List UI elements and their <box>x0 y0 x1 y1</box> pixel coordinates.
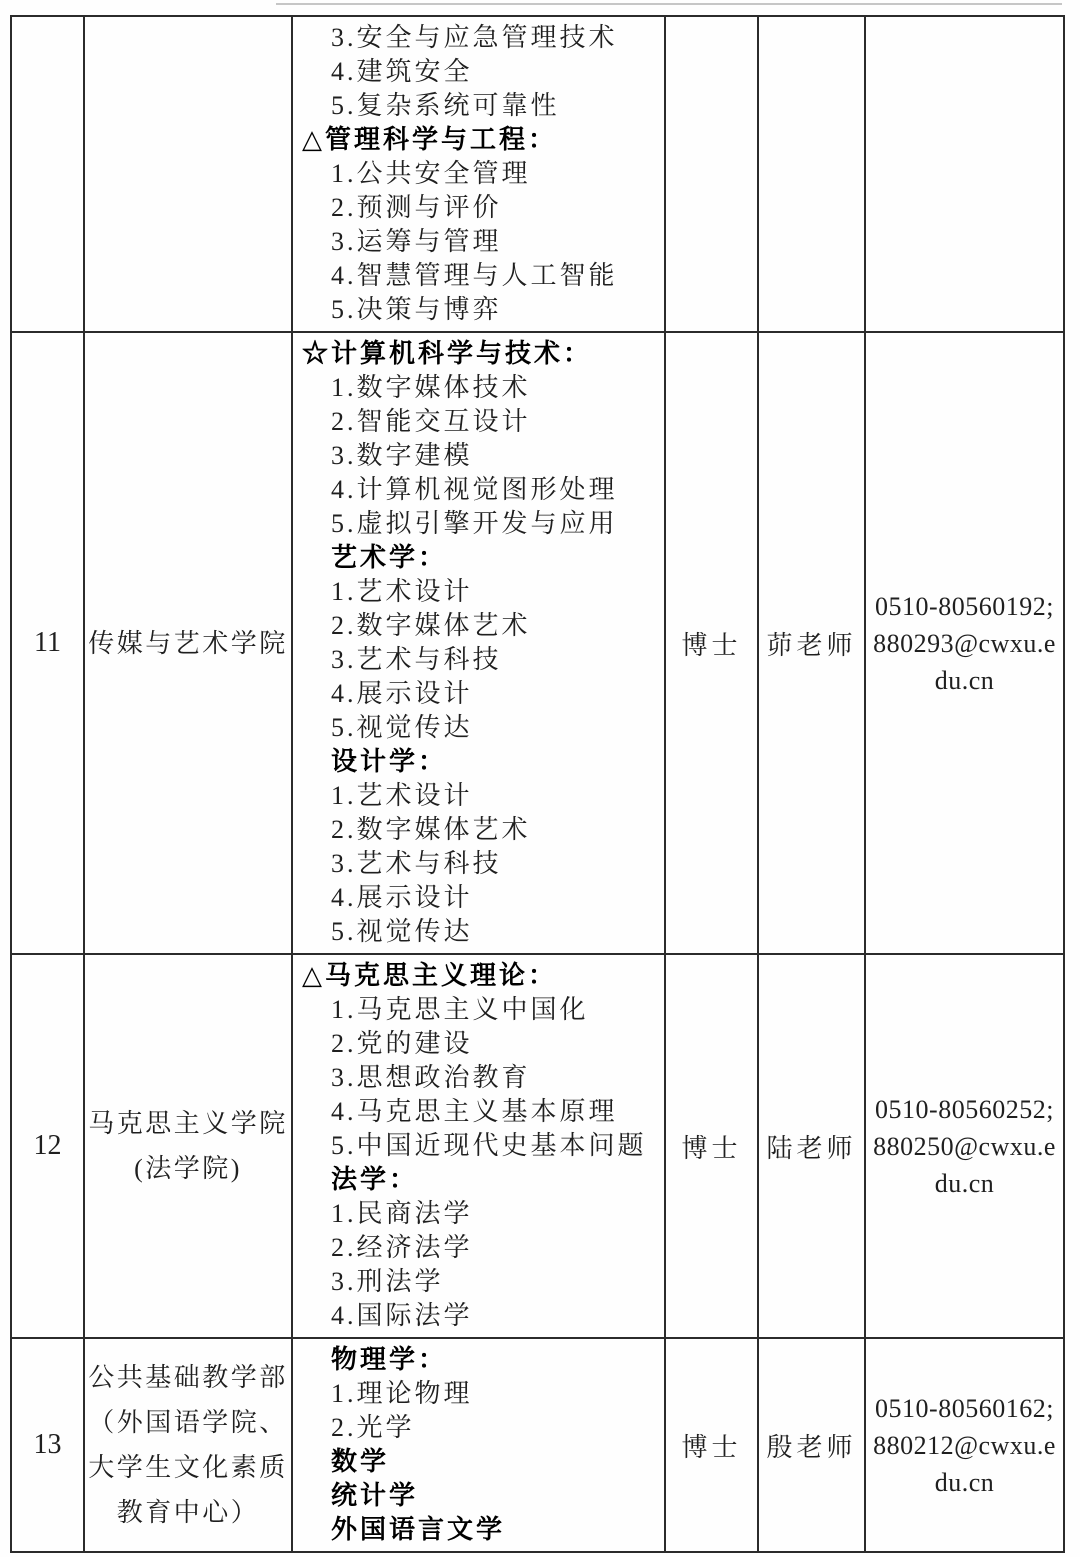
contact-phone: 0510-80560162; <box>870 1390 1059 1427</box>
major-line: 5.决策与博弈 <box>331 293 658 327</box>
college-name-line: 马克思主义学院 <box>88 1101 288 1146</box>
contact-phone: 0510-80560192; <box>870 588 1059 625</box>
major-line: 5.复杂系统可靠性 <box>331 89 658 123</box>
major-line: 3.运筹与管理 <box>331 225 658 259</box>
row-number-cell: 11 <box>11 332 84 954</box>
major-line: 1.理论物理 <box>331 1377 658 1411</box>
row-number-cell: 13 <box>11 1338 84 1552</box>
college-name-line: (法学院) <box>88 1146 288 1191</box>
discipline-header-line: 外国语言文学 <box>331 1513 658 1547</box>
major-line: 1.民商法学 <box>331 1197 658 1231</box>
major-line: 4.展示设计 <box>331 677 658 711</box>
major-line: 4.展示设计 <box>331 881 658 915</box>
major-line: 4.智慧管理与人工智能 <box>331 259 658 293</box>
contact-cell: 0510-80560252;880250@cwxu.edu.cn <box>865 954 1064 1338</box>
major-line: 2.经济法学 <box>331 1231 658 1265</box>
discipline-header-line: ☆计算机科学与技术： <box>331 337 658 371</box>
row-number-cell: 12 <box>11 954 84 1338</box>
teacher-cell: 陆老师 <box>758 954 865 1338</box>
major-line: 1.艺术设计 <box>331 575 658 609</box>
major-line: 4.马克思主义基本原理 <box>331 1095 658 1129</box>
table-row: 3.安全与应急管理技术4.建筑安全5.复杂系统可靠性△管理科学与工程：1.公共安… <box>11 16 1064 332</box>
major-line: 2.党的建设 <box>331 1027 658 1061</box>
discipline-header-line: 法学： <box>331 1163 658 1197</box>
contact-email: 880293@cwxu.edu.cn <box>870 625 1059 699</box>
major-line: 2.智能交互设计 <box>331 405 658 439</box>
contact-cell: 0510-80560192;880293@cwxu.edu.cn <box>865 332 1064 954</box>
major-line: 1.艺术设计 <box>331 779 658 813</box>
teacher-cell: 殷老师 <box>758 1338 865 1552</box>
cropped-row-border-artifact <box>276 3 1062 5</box>
major-line: 3.数字建模 <box>331 439 658 473</box>
majors-cell: △马克思主义理论：1.马克思主义中国化2.党的建设3.思想政治教育4.马克思主义… <box>292 954 665 1338</box>
degree-cell: 博士 <box>665 954 758 1338</box>
college-name-line: 传媒与艺术学院 <box>88 621 288 666</box>
discipline-header-line: △管理科学与工程： <box>331 123 658 157</box>
major-line: 4.计算机视觉图形处理 <box>331 473 658 507</box>
teacher-cell <box>758 16 865 332</box>
college-name-line: 教育中心） <box>88 1490 288 1535</box>
discipline-header-line: 数学 <box>331 1445 658 1479</box>
table-row: 11传媒与艺术学院☆计算机科学与技术：1.数字媒体技术2.智能交互设计3.数字建… <box>11 332 1064 954</box>
table-body: 3.安全与应急管理技术4.建筑安全5.复杂系统可靠性△管理科学与工程：1.公共安… <box>11 16 1064 1552</box>
teacher-cell: 茆老师 <box>758 332 865 954</box>
major-line: 1.马克思主义中国化 <box>331 993 658 1027</box>
major-line: 2.数字媒体艺术 <box>331 813 658 847</box>
major-line: 1.公共安全管理 <box>331 157 658 191</box>
discipline-header-line: 设计学： <box>331 745 658 779</box>
recruitment-table: 3.安全与应急管理技术4.建筑安全5.复杂系统可靠性△管理科学与工程：1.公共安… <box>10 15 1065 1553</box>
college-cell: 公共基础教学部（外国语学院、大学生文化素质教育中心） <box>84 1338 292 1552</box>
major-line: 5.视觉传达 <box>331 711 658 745</box>
college-name-line: 公共基础教学部 <box>88 1355 288 1400</box>
major-line: 5.中国近现代史基本问题 <box>331 1129 658 1163</box>
majors-cell: 物理学：1.理论物理2.光学数学统计学外国语言文学 <box>292 1338 665 1552</box>
discipline-header-line: 艺术学： <box>331 541 658 575</box>
document-page: 3.安全与应急管理技术4.建筑安全5.复杂系统可靠性△管理科学与工程：1.公共安… <box>0 0 1080 1557</box>
contact-cell <box>865 16 1064 332</box>
major-line: 4.国际法学 <box>331 1299 658 1333</box>
degree-cell <box>665 16 758 332</box>
major-line: 2.数字媒体艺术 <box>331 609 658 643</box>
contact-cell: 0510-80560162;880212@cwxu.edu.cn <box>865 1338 1064 1552</box>
table-row: 13公共基础教学部（外国语学院、大学生文化素质教育中心）物理学：1.理论物理2.… <box>11 1338 1064 1552</box>
college-cell: 传媒与艺术学院 <box>84 332 292 954</box>
major-line: 3.思想政治教育 <box>331 1061 658 1095</box>
discipline-header-line: 物理学： <box>331 1343 658 1377</box>
degree-cell: 博士 <box>665 1338 758 1552</box>
major-line: 1.数字媒体技术 <box>331 371 658 405</box>
majors-cell: 3.安全与应急管理技术4.建筑安全5.复杂系统可靠性△管理科学与工程：1.公共安… <box>292 16 665 332</box>
majors-cell: ☆计算机科学与技术：1.数字媒体技术2.智能交互设计3.数字建模4.计算机视觉图… <box>292 332 665 954</box>
college-name-line: （外国语学院、 <box>88 1400 288 1445</box>
college-cell: 马克思主义学院(法学院) <box>84 954 292 1338</box>
major-line: 3.艺术与科技 <box>331 643 658 677</box>
major-line: 3.安全与应急管理技术 <box>331 21 658 55</box>
discipline-header-line: 统计学 <box>331 1479 658 1513</box>
contact-phone: 0510-80560252; <box>870 1091 1059 1128</box>
contact-email: 880250@cwxu.edu.cn <box>870 1128 1059 1202</box>
major-line: 2.预测与评价 <box>331 191 658 225</box>
row-number-cell <box>11 16 84 332</box>
college-cell <box>84 16 292 332</box>
college-name-line: 大学生文化素质 <box>88 1445 288 1490</box>
major-line: 3.刑法学 <box>331 1265 658 1299</box>
major-line: 3.艺术与科技 <box>331 847 658 881</box>
table-row: 12马克思主义学院(法学院)△马克思主义理论：1.马克思主义中国化2.党的建设3… <box>11 954 1064 1338</box>
contact-email: 880212@cwxu.edu.cn <box>870 1427 1059 1501</box>
major-line: 5.虚拟引擎开发与应用 <box>331 507 658 541</box>
degree-cell: 博士 <box>665 332 758 954</box>
discipline-header-line: △马克思主义理论： <box>331 959 658 993</box>
major-line: 5.视觉传达 <box>331 915 658 949</box>
major-line: 4.建筑安全 <box>331 55 658 89</box>
major-line: 2.光学 <box>331 1411 658 1445</box>
